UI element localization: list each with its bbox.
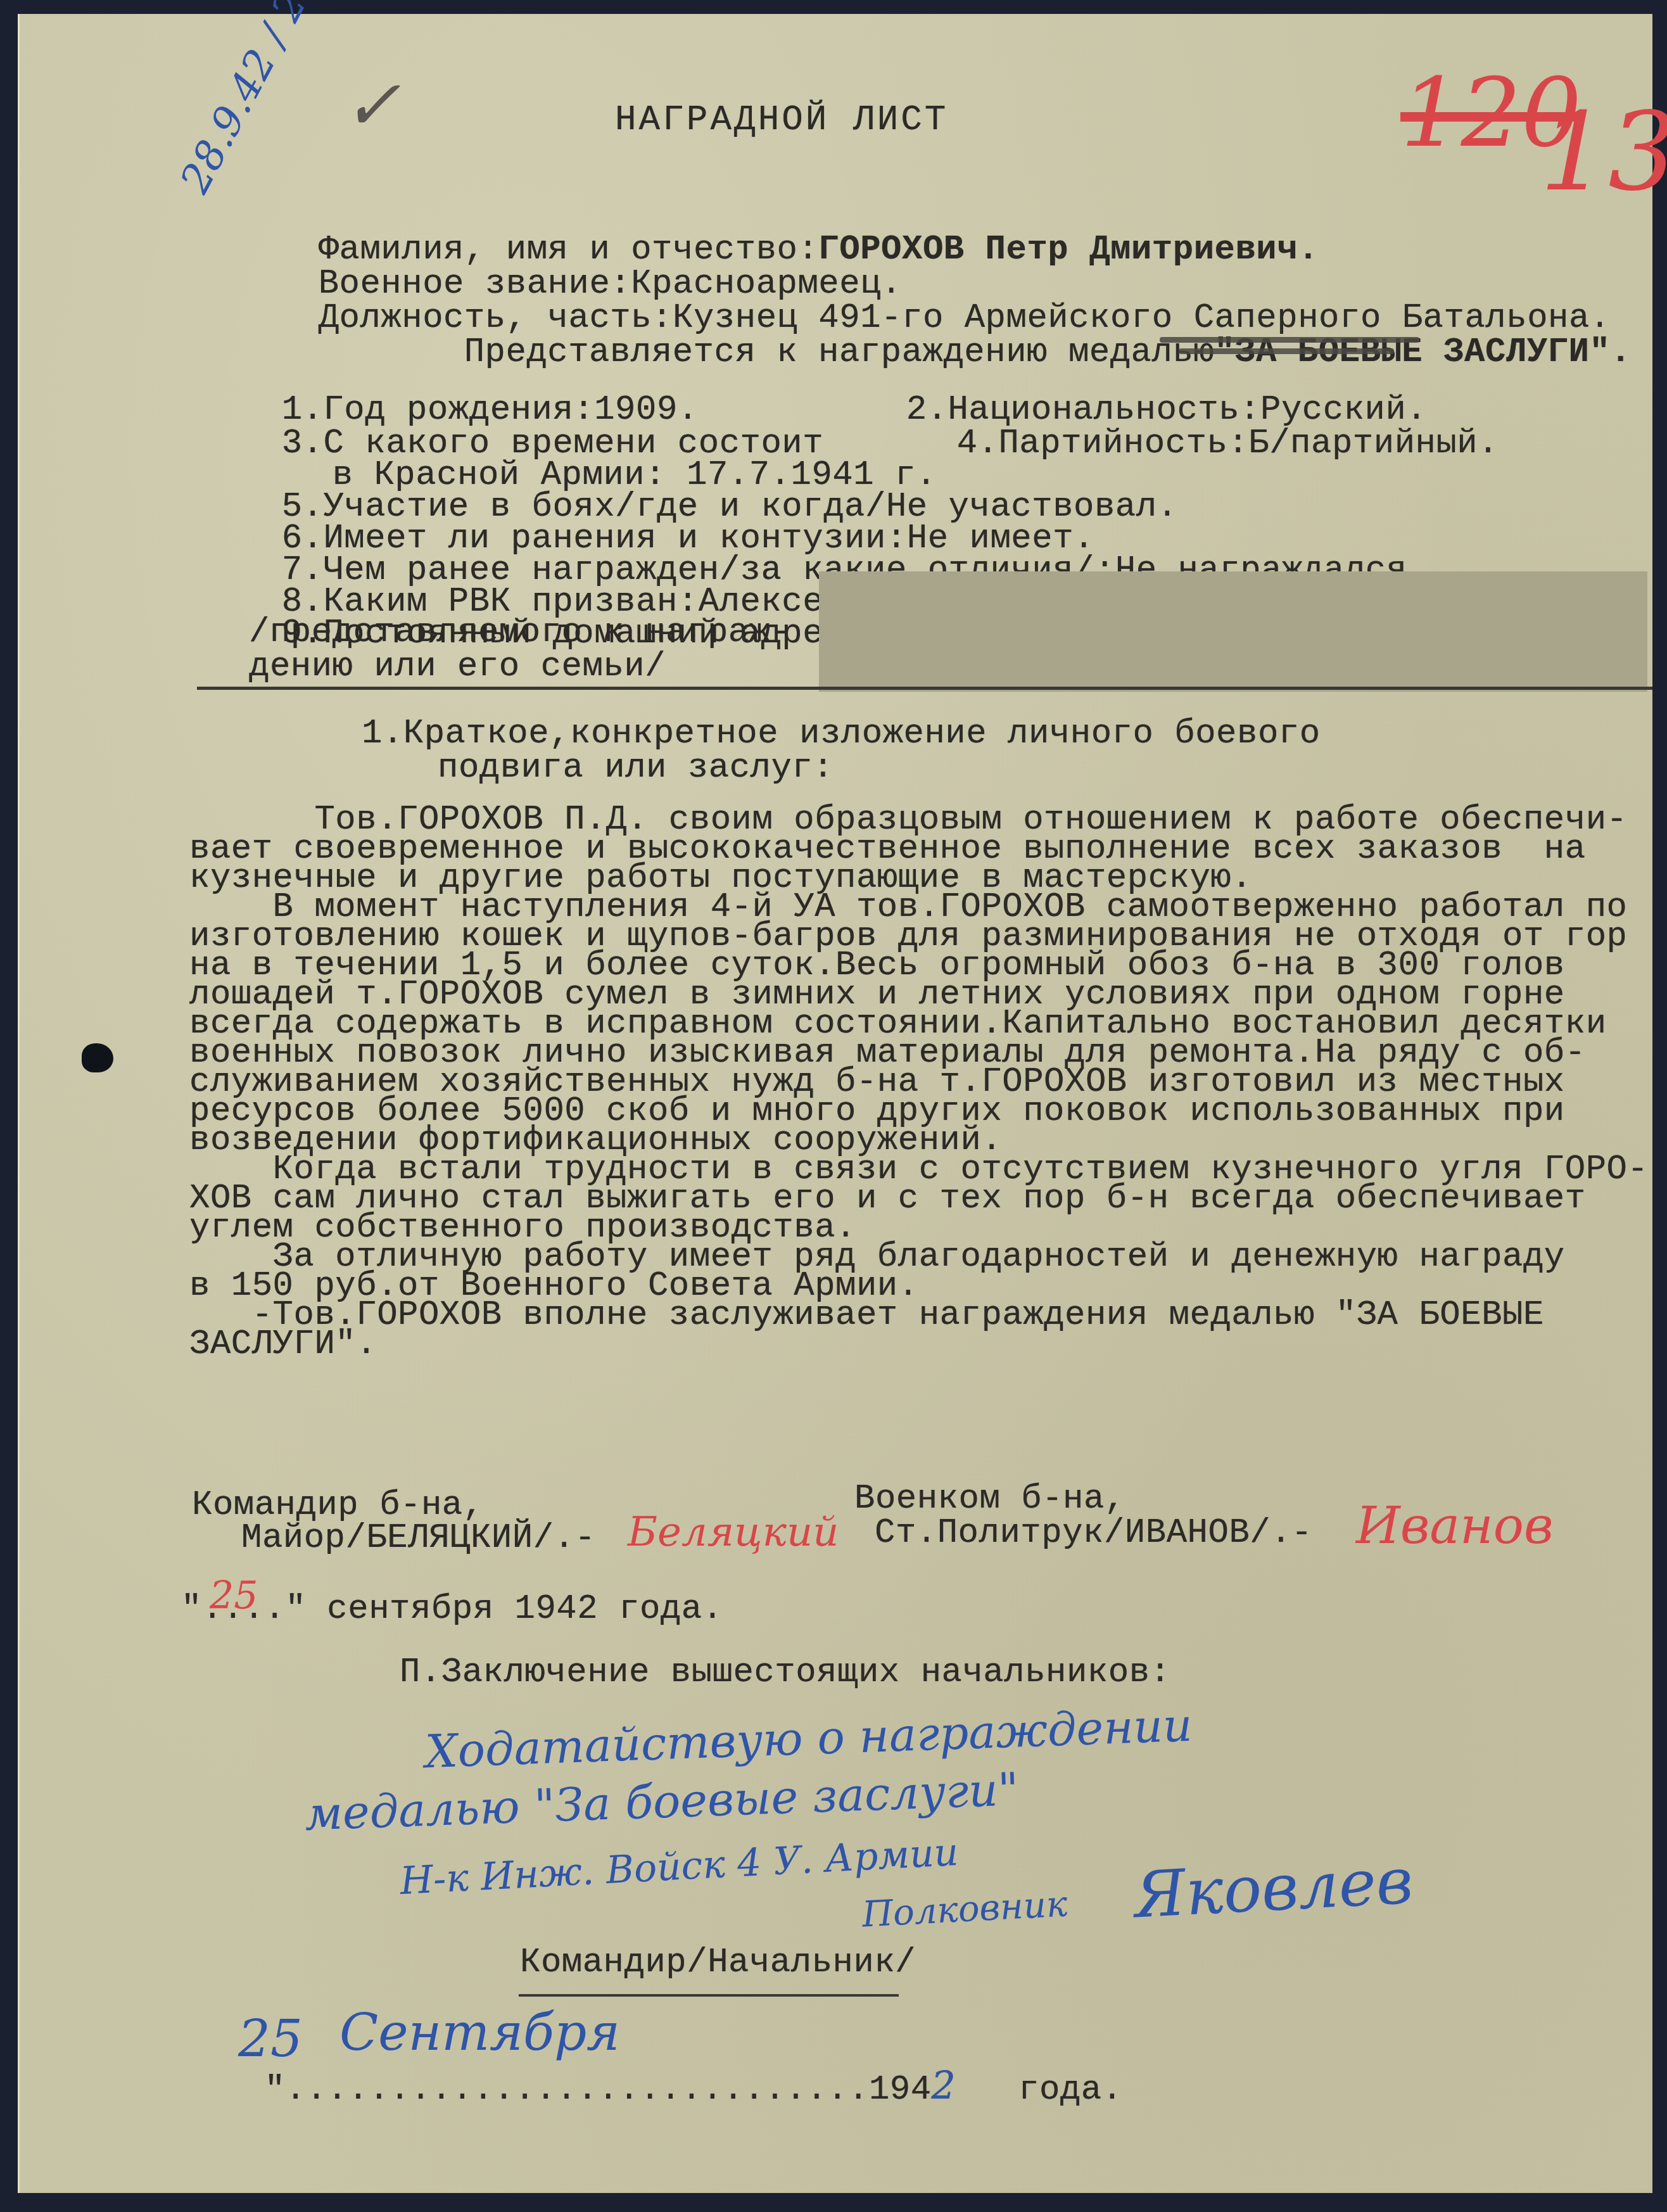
commissar-signature: Иванов	[1356, 1496, 1553, 1555]
recommendation-line-1: Ходатайствую о награждении	[424, 1698, 1193, 1778]
award-underline	[1160, 337, 1419, 343]
award-underline-2	[1179, 348, 1394, 354]
bottom-date-day: 25	[238, 2009, 303, 2068]
recommendation-line-4: Полковник	[861, 1884, 1068, 1936]
address-redaction	[819, 571, 1647, 692]
section2-heading: П.Заключение вышестоящих начальников:	[400, 1656, 1171, 1690]
bottom-date: "............................1942 года.	[181, 2035, 1123, 2142]
commander-signature: Беляцкий	[628, 1509, 839, 1556]
bottom-date-month: Сентября	[339, 2003, 620, 2062]
field-9-cont2: дению или его семьи/	[249, 650, 666, 684]
field-9-cont: /представляемого к награж-	[249, 616, 791, 650]
bottom-date-year-suffix: 2	[932, 2064, 956, 2108]
signature-line	[519, 1994, 899, 1997]
recommendation-line-2: медалью "За боевые заслуги"	[304, 1762, 1020, 1840]
bottom-date-suffix: года.	[1018, 2071, 1123, 2109]
section1-heading: 1.Краткое,конкретное изложение личного б…	[362, 717, 1321, 751]
field-4-value: Б/партийный.	[1248, 424, 1499, 463]
recommendation-line-3: Н-к Инж. Войск 4 У. Армии	[399, 1830, 960, 1904]
bottom-date-dots: "............................	[265, 2071, 869, 2109]
punch-hole	[82, 1043, 113, 1072]
commissar-title: Военком б-на,	[854, 1482, 1125, 1516]
commander-name: Майор/БЕЛЯЦКИЙ/.-	[241, 1522, 595, 1556]
signature-date-day: 25	[210, 1573, 258, 1618]
signature-date: "...." сентября 1942 года.	[181, 1592, 723, 1627]
page-title: НАГРАДНОЙ ЛИСТ	[615, 103, 948, 137]
body-line: -Тов.ГОРОХОВ вполне заслуживает награжде…	[189, 1301, 1648, 1330]
commissar-name: Ст.Политрук/ИВАНОВ/.-	[875, 1516, 1312, 1551]
bottom-date-year-prefix: 194	[869, 2071, 932, 2109]
section1-heading-2: подвига или заслуг:	[438, 751, 833, 785]
red-number: 13	[1540, 90, 1667, 215]
archive-number-mark: 28.9.42 / 286	[172, 0, 341, 201]
section-divider	[197, 687, 1652, 690]
commander-chief-label: Командир/Начальник/	[520, 1946, 916, 1980]
commander-title: Командир б-на,	[192, 1489, 484, 1523]
body-line: ЗАСЛУГИ".	[189, 1330, 1648, 1359]
award-sheet-page: 28.9.42 / 286 ✓ 120 13 НАГРАДНОЙ ЛИСТ Фа…	[18, 14, 1652, 2193]
check-mark: ✓	[343, 65, 401, 146]
section1-body: Тов.ГОРОХОВ П.Д. своим образцовым отноше…	[189, 806, 1648, 1359]
senior-signature: Яковлев	[1132, 1844, 1414, 1933]
